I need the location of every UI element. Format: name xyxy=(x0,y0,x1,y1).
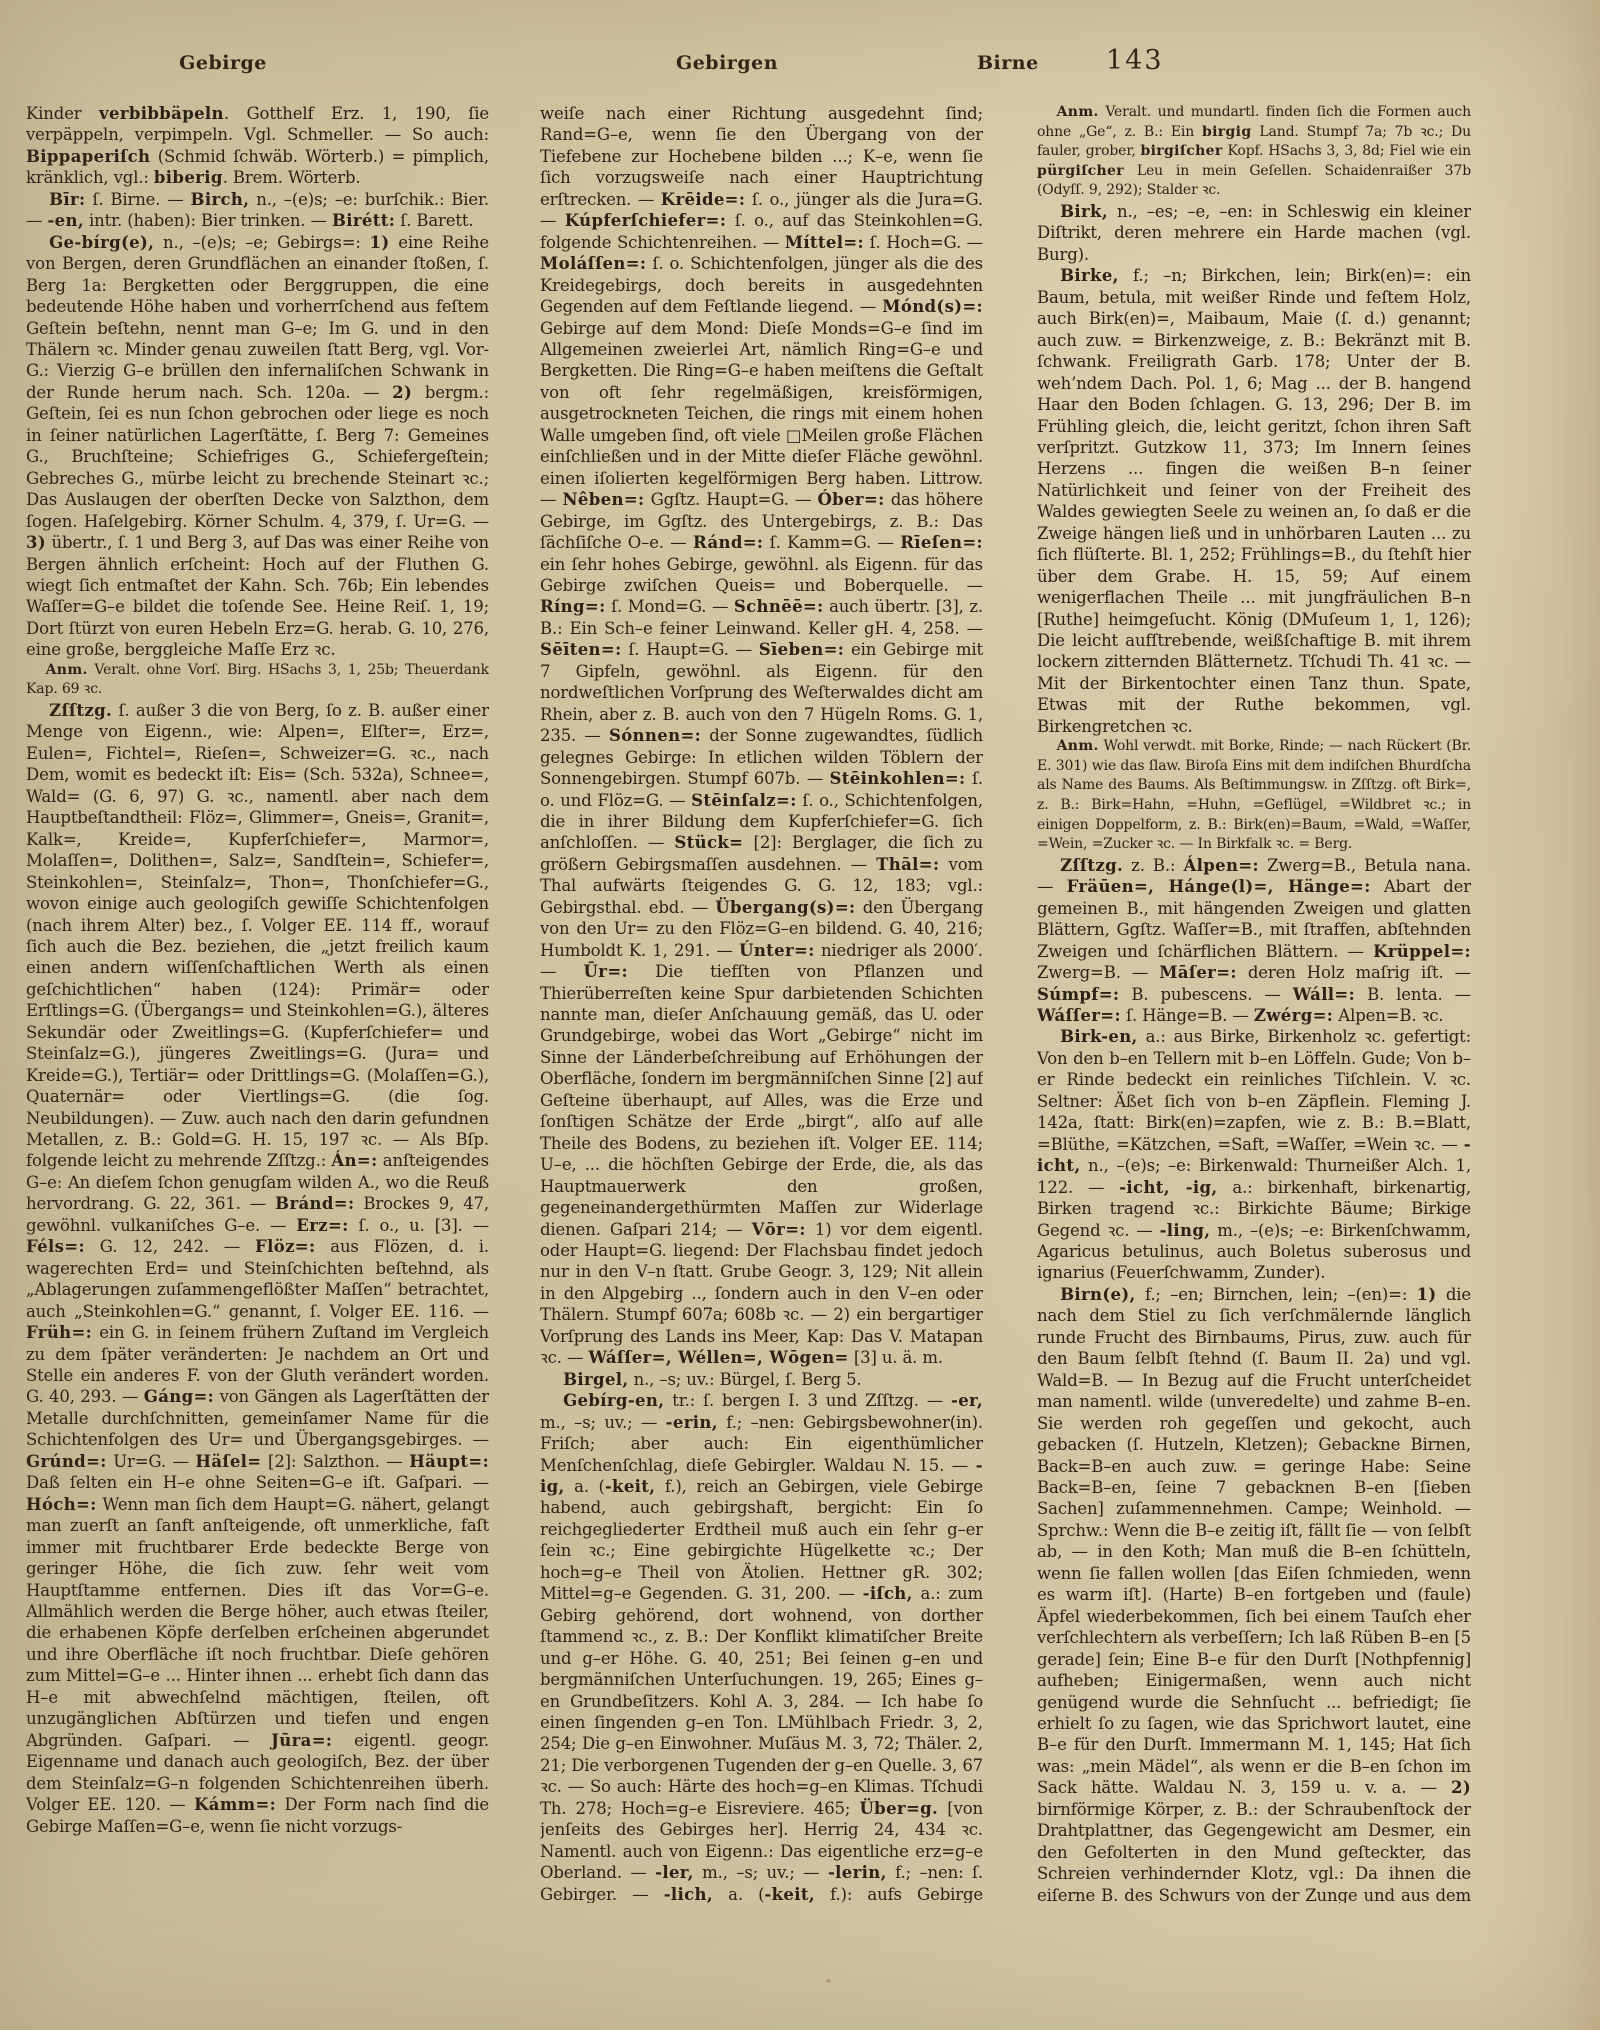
headword: Schnēē=: xyxy=(734,597,824,616)
headword: -lerin, xyxy=(828,1863,887,1882)
running-head-left: Gebirge xyxy=(179,52,267,74)
headword: Hóch=: xyxy=(26,1495,97,1514)
entry-gebirg: Ge-bírg(e), n., –(e)s; –e; Gebirgs=: 1) … xyxy=(26,232,489,661)
anm-gebirg: Anm. Veralt. ohne Vorſ. Birg. HSachs 3, … xyxy=(26,661,489,700)
headword: Óber=: xyxy=(817,490,884,509)
headword: Bránd=: xyxy=(275,1194,354,1213)
headword: -erin, xyxy=(666,1413,718,1432)
headword: Wáſſer=, Wéllen=, Wōgen= xyxy=(588,1348,848,1367)
entry-birne: Birn(e), f.; –en; Birnchen, lein; –(en)=… xyxy=(1037,1284,1471,1903)
headword: Erz=: xyxy=(296,1216,348,1235)
headword: Zwérg=: xyxy=(1254,1006,1333,1025)
headword: Krüppel=: xyxy=(1373,942,1471,961)
headword: -ling, xyxy=(1160,1221,1211,1240)
headword: -lich, xyxy=(664,1885,713,1903)
headword: Übergang(s)=: xyxy=(715,898,855,917)
entry-birken: Birk-en, a.: aus Birke, Birkenholz ꝛc. g… xyxy=(1037,1026,1471,1283)
text-column-left: Kinder verbibbäpeln. Gotthelf Erz. 1, 19… xyxy=(26,103,489,1903)
headword: Súmpf=: xyxy=(1037,985,1119,1004)
headword: Bippaperiſch xyxy=(26,147,150,166)
headword: 2) xyxy=(392,383,412,402)
headword: Sīeben=: xyxy=(759,640,844,659)
headword: Moláſſen=: xyxy=(540,254,646,273)
zusammensetzungen-gebirg-continuation: weiſe nach einer Richtung ausgedehnt ſin… xyxy=(540,103,983,1369)
headword: Álpen=: xyxy=(1184,856,1259,875)
headword: Stēinſalz=: xyxy=(691,791,797,810)
text-column-right: Anm. Veralt. und mundartl. finden ſich d… xyxy=(1037,103,1471,1903)
headword: Anm. xyxy=(1057,738,1099,754)
headword: Zſſtzg. xyxy=(49,701,112,720)
headword: Häſel= xyxy=(195,1452,261,1471)
anm-birg-formen: Anm. Veralt. und mundartl. finden ſich d… xyxy=(1037,103,1471,201)
headword: Früh=: xyxy=(26,1323,92,1342)
headword: Únter=: xyxy=(739,941,815,960)
headword: Gebírg-en, xyxy=(563,1391,664,1410)
headword: Flöz=: xyxy=(255,1237,315,1256)
headword: 3) xyxy=(26,533,46,552)
anm-birke: Anm. Wohl verwdt. mit Borke, Rinde; — na… xyxy=(1037,737,1471,855)
headword: Nêben=: xyxy=(563,490,645,509)
entry-bir-birch: Bīr: ſ. Birne. — Birch, n., –(e)s; –e: b… xyxy=(26,189,489,232)
headword: Wáſſer=: xyxy=(1037,1006,1121,1025)
headword: -icht, xyxy=(1037,1135,1471,1175)
headword: Rīeſen=: xyxy=(900,533,983,552)
headword: Ūr=: xyxy=(584,962,628,981)
headword: -keit, xyxy=(605,1477,656,1496)
headword: Māſer=: xyxy=(1159,963,1237,982)
running-head-right: Birne xyxy=(977,52,1039,74)
headword: 2) xyxy=(1451,1778,1471,1797)
headword: Wáll=: xyxy=(1293,985,1355,1004)
headword: Zſſtzg. xyxy=(1060,856,1123,875)
headword: Birn(e), xyxy=(1060,1285,1136,1304)
page-number: 143 xyxy=(1106,45,1164,76)
headword: Thāl=: xyxy=(876,855,939,874)
headword: -iſch, xyxy=(863,1584,913,1603)
headword: Mónd(s)=: xyxy=(882,297,983,316)
headword: 1) xyxy=(370,233,390,252)
entry-birgel: Birgel, n., –s; uv.: Bürgel, ſ. Berg 5. xyxy=(540,1369,983,1390)
headword: birgig xyxy=(1202,124,1251,140)
headword: Über=g. xyxy=(859,1799,938,1818)
headword: Birk-en, xyxy=(1060,1027,1138,1046)
ink-speck xyxy=(826,1979,831,1983)
headword: Anm. xyxy=(46,662,88,678)
dictionary-page: Gebirge Gebirgen Birne 143 Kinder verbib… xyxy=(0,0,1600,2030)
headword: Ránd=: xyxy=(693,533,763,552)
headword: -er, xyxy=(951,1391,983,1410)
zusammensetzungen-gebirg: Zſſtzg. ſ. außer 3 die von Berg, ſo z. B… xyxy=(26,700,489,1837)
headword: biberig xyxy=(154,168,223,187)
headword: Kámm=: xyxy=(194,1795,276,1814)
page-edge-shading xyxy=(1470,0,1600,2030)
headword: -ler, xyxy=(655,1863,694,1882)
headword: Birke, xyxy=(1060,266,1119,285)
headword: -en, xyxy=(47,211,84,230)
entry-birk: Birk, n., –es; –e, –en: in Schleswig ein… xyxy=(1037,201,1471,265)
headword: Kúpferſchiefer=: xyxy=(565,211,727,230)
text-column-center: weiſe nach einer Richtung ausgedehnt ſin… xyxy=(540,103,983,1903)
headword: Féls=: xyxy=(26,1237,85,1256)
headword: Án=: xyxy=(331,1151,377,1170)
headword: Sónnen=: xyxy=(609,726,701,745)
headword: Ríng=: xyxy=(540,597,606,616)
headword: Krēide=: xyxy=(661,190,746,209)
entry-birke: Birke, f.; –n; Birkchen, lein; Birk(en)=… xyxy=(1037,265,1471,737)
headword: Birch, xyxy=(191,190,250,209)
headword: Stēinkohlen=: xyxy=(830,769,966,788)
headword: 1) xyxy=(1417,1285,1437,1304)
headword: -icht, -ig, xyxy=(1119,1178,1217,1197)
entry-gebirgen: Gebírg-en, tr.: ſ. bergen I. 3 und Zſſtz… xyxy=(540,1390,983,1903)
headword: pürgiſcher xyxy=(1037,163,1124,179)
headword: verbibbäpeln xyxy=(99,104,224,123)
headword: Stück= xyxy=(674,833,743,852)
headword: Míttel=: xyxy=(785,233,864,252)
headword: birgiſcher xyxy=(1141,143,1223,159)
headword: Vōr=: xyxy=(752,1220,806,1239)
headword: Fräūen=, Hánge(l)=, Hänge=: xyxy=(1067,877,1371,896)
entry-verbibbaepeln-continuation: Kinder verbibbäpeln. Gotthelf Erz. 1, 19… xyxy=(26,103,489,189)
headword: Ge-bírg(e), xyxy=(49,233,154,252)
running-head-center: Gebirgen xyxy=(676,52,778,74)
headword: Grúnd=: xyxy=(26,1452,107,1471)
headword: Birétt: xyxy=(332,211,395,230)
headword: Birgel, xyxy=(563,1370,628,1389)
headword: Jūra=: xyxy=(271,1731,332,1750)
headword: -keit, xyxy=(764,1885,815,1903)
zusammensetzungen-birke: Zſſtzg. z. B.: Álpen=: Zwerg=B., Betula … xyxy=(1037,855,1471,1027)
headword: Gáng=: xyxy=(144,1387,214,1406)
headword: Häupt=: xyxy=(409,1452,489,1471)
headword: Sēīten=: xyxy=(540,640,622,659)
headword: Bīr: xyxy=(49,190,85,209)
headword: Anm. xyxy=(1057,104,1099,120)
headword: Birk, xyxy=(1060,202,1108,221)
